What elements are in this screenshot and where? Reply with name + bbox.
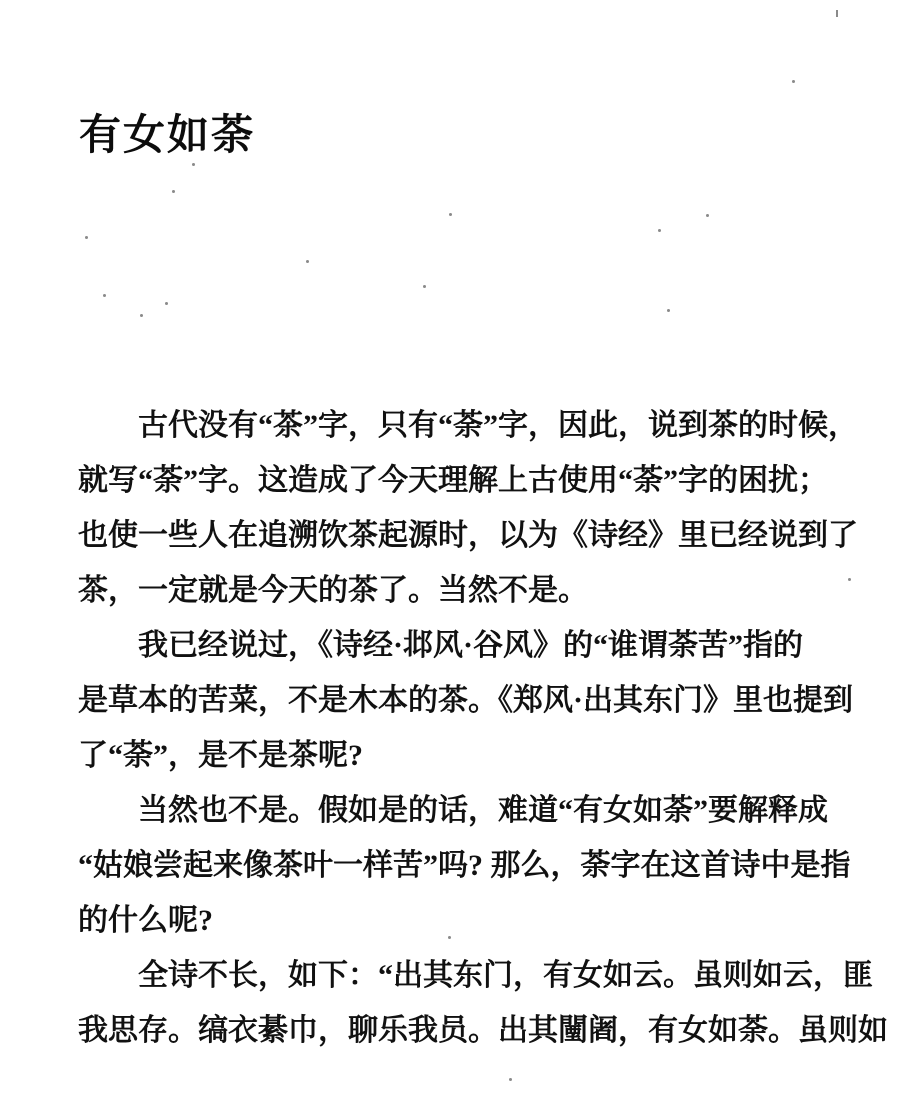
scan-speck bbox=[140, 314, 143, 317]
text-line: 我已经说过，《诗经·邶风·谷风》的“谁谓荼苦”指的 bbox=[78, 618, 898, 673]
page-title: 有女如荼 bbox=[79, 102, 255, 162]
scan-speck bbox=[448, 936, 451, 939]
text-line: 我思存。缟衣綦巾，聊乐我员。出其闉阇，有女如荼。虽则如 bbox=[78, 1003, 898, 1058]
text-line: 全诗不长，如下：“出其东门，有女如云。虽则如云，匪 bbox=[78, 948, 898, 1003]
scan-speck bbox=[172, 190, 175, 193]
scanned-book-page: 有女如荼 古代没有“茶”字，只有“荼”字，因此，说到茶的时候， 就写“荼”字。这… bbox=[0, 0, 919, 1104]
scan-speck bbox=[509, 1078, 512, 1081]
scan-speck bbox=[306, 260, 309, 263]
scan-speck bbox=[667, 309, 670, 312]
text-line: 是草本的苦菜，不是木本的茶。《郑风·出其东门》里也提到 bbox=[78, 673, 898, 728]
text-line: “姑娘尝起来像茶叶一样苦”吗? 那么，荼字在这首诗中是指 bbox=[78, 838, 898, 893]
scan-speck bbox=[792, 80, 795, 83]
text-line: 就写“荼”字。这造成了今天理解上古使用“荼”字的困扰； bbox=[78, 453, 898, 508]
text-line: 的什么呢? bbox=[78, 893, 898, 948]
scan-speck bbox=[449, 213, 452, 216]
scan-speck bbox=[192, 163, 195, 166]
text-line: 了“荼”，是不是茶呢? bbox=[78, 728, 898, 783]
body-text: 古代没有“茶”字，只有“荼”字，因此，说到茶的时候， 就写“荼”字。这造成了今天… bbox=[78, 398, 898, 1058]
scan-speck bbox=[85, 236, 88, 239]
text-line: 茶，一定就是今天的茶了。当然不是。 bbox=[78, 563, 898, 618]
scan-speck bbox=[103, 294, 106, 297]
scan-speck bbox=[836, 10, 838, 17]
scan-speck bbox=[848, 578, 851, 581]
scan-speck bbox=[165, 302, 168, 305]
text-line: 当然也不是。假如是的话，难道“有女如荼”要解释成 bbox=[78, 783, 898, 838]
text-line: 古代没有“茶”字，只有“荼”字，因此，说到茶的时候， bbox=[78, 398, 898, 453]
scan-speck bbox=[706, 214, 709, 217]
scan-speck bbox=[423, 285, 426, 288]
text-line: 也使一些人在追溯饮茶起源时，以为《诗经》里已经说到了 bbox=[78, 508, 898, 563]
scan-speck bbox=[658, 229, 661, 232]
